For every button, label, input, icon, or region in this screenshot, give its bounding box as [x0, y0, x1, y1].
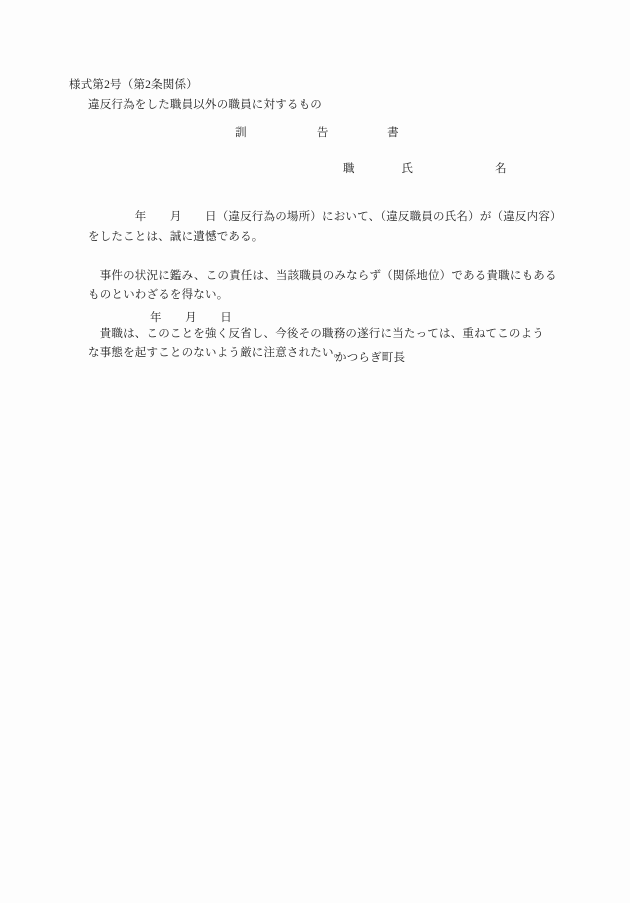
signature-line: かつらぎ町長 [335, 349, 405, 368]
date-line: 年 月 日 [150, 309, 232, 328]
recipient-name-line: 職 氏 名 [343, 160, 507, 179]
body-paragraph-2: 事件の状況に鑑み、この責任は、当該職員のみならず（関係地位）である貴職にもある … [88, 267, 566, 306]
form-subject-label: 違反行為をした職員以外の職員に対するもの [88, 96, 322, 115]
body-paragraph-1: 年 月 日（違反行為の場所）において、（違反職員の氏名）が（違反内容） をしたこ… [88, 208, 566, 247]
document-title: 訓 告 書 [235, 124, 399, 143]
form-number-label: 様式第2号（第2条関係） [69, 76, 198, 95]
document-page: 様式第2号（第2条関係） 違反行為をした職員以外の職員に対するもの 訓 告 書 … [0, 0, 630, 903]
body-paragraph-3: 貴職は、このことを強く反省し、今後その職務の遂行に当たっては、重ねてこのよう な… [88, 325, 566, 364]
body-text: 年 月 日（違反行為の場所）において、（違反職員の氏名）が（違反内容） をしたこ… [88, 189, 566, 383]
